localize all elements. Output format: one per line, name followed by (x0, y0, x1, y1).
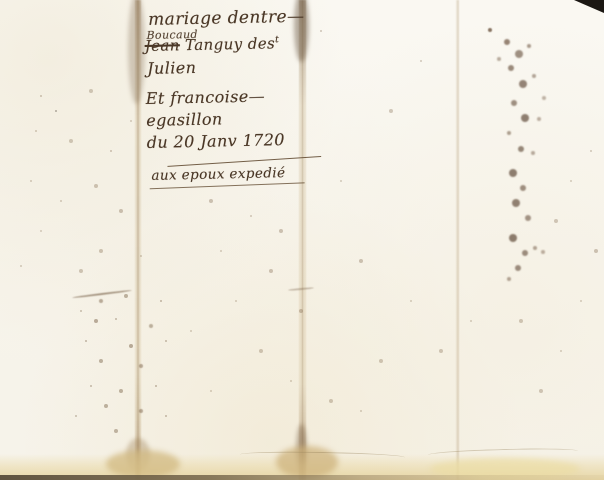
fold-crease-right (456, 0, 459, 480)
bleedthrough-specks-upper-left (20, 80, 22, 82)
handwriting-text: mariage dentre (148, 7, 287, 30)
pen-flourish: — (287, 7, 302, 27)
bleedthrough-specks-lower-left (60, 280, 62, 282)
ink-bleed-column (488, 28, 492, 32)
page-corner-shadow (574, 0, 604, 13)
document-scan: mariage dentre— Boucaud Jean Tanguy dest… (0, 0, 604, 480)
superscript-letter: t (275, 34, 279, 45)
handwriting-line-note: aux epoux expedié (151, 165, 285, 184)
ink-smear (72, 289, 132, 298)
handwriting-line-date: du 20 Janv 1720 (147, 130, 286, 152)
handwriting-line-surname: Julien (147, 58, 197, 78)
handwriting-text: Et francoise (146, 87, 249, 108)
handwriting-line-title: mariage dentre— (148, 7, 302, 30)
crease-ink-smudge (128, 0, 145, 104)
fold-crease-line (457, 0, 459, 480)
handwriting-line-bride-surname: egasillon (146, 109, 223, 130)
handwriting-text: Tanguy des (180, 34, 276, 54)
handwriting-line-groom: Jean Tanguy dest (145, 34, 280, 55)
page-bottom-edge (0, 475, 604, 480)
pen-flourish: — (248, 87, 262, 106)
date-flourish-stroke (167, 149, 321, 167)
struck-name: Jean (145, 36, 180, 55)
stain-blob (106, 450, 180, 478)
handwriting-line-bride: Et francoise— (146, 87, 263, 108)
handwriting-block: mariage dentre— Boucaud Jean Tanguy dest… (144, 4, 338, 208)
